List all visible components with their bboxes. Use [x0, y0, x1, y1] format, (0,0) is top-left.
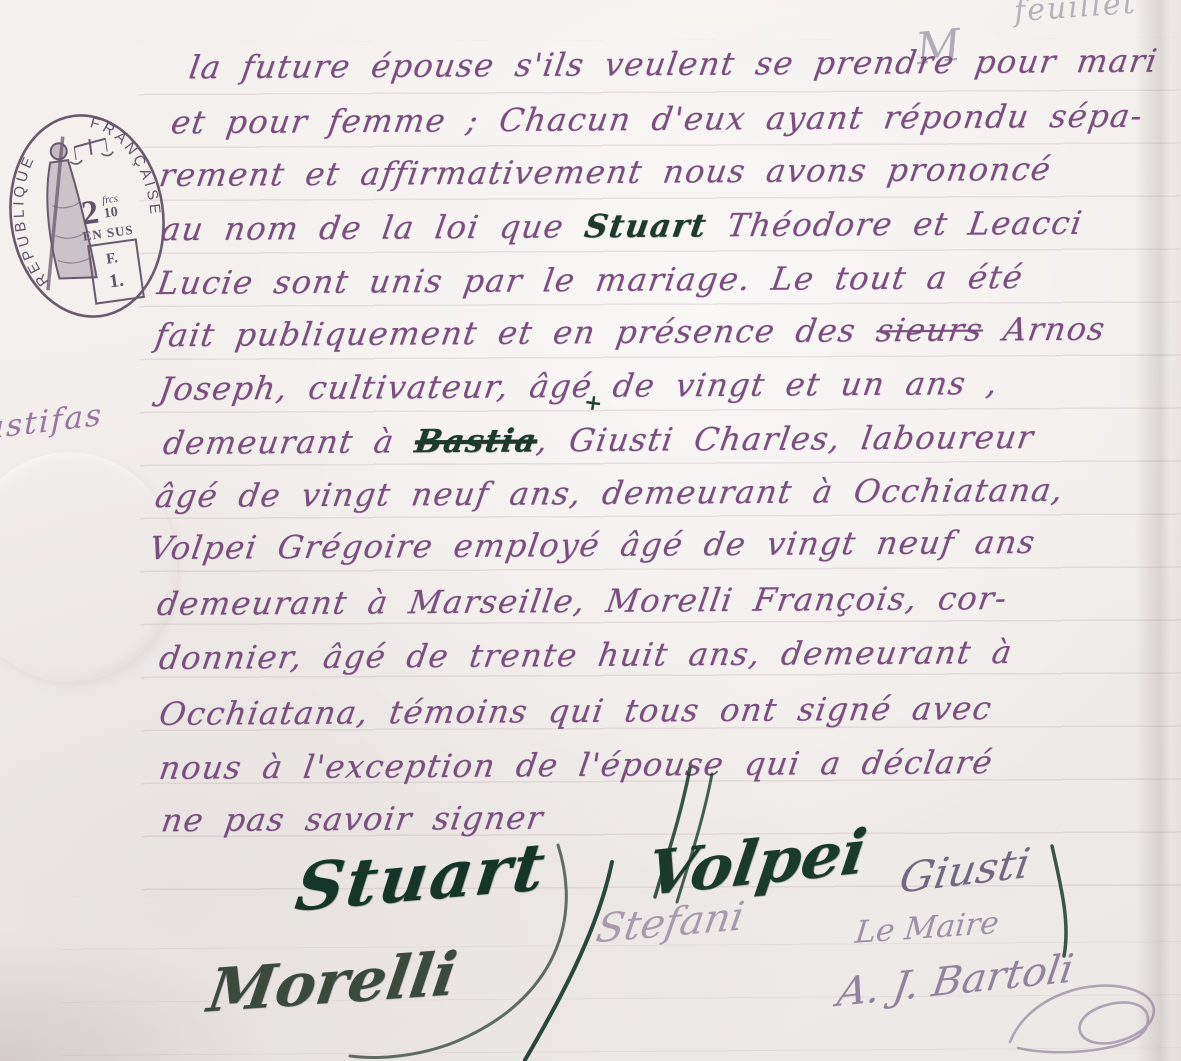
line-text: Occhiatana, témoins qui tous ont signé a…: [157, 689, 995, 733]
struck-place-name: Bastia: [412, 421, 540, 460]
manuscript-line-14: nous à l'exception de l'épouse qui a déc…: [157, 742, 996, 788]
line-text: Joseph, cultivateur, âgé de vingt et un …: [157, 364, 1002, 408]
manuscript-line-12: donnier, âgé de trente huit ans, demeura…: [157, 632, 1016, 678]
scales-of-justice-icon: [68, 136, 115, 165]
paper-crease: [1135, 0, 1181, 1061]
stamp-value-one: 1.: [108, 270, 125, 293]
line-text: Lucie sont unis par le mariage. Le tout …: [155, 258, 1026, 302]
manuscript-line-13: Occhiatana, témoins qui tous ont signé a…: [157, 688, 996, 734]
line-text: demeurant à: [161, 422, 418, 462]
manuscript-line-9: âgé de vingt neuf ans, demeurant à Occhi…: [152, 470, 1066, 516]
manuscript-line-10: Volpei Grégoire employé âgé de vingt neu…: [146, 522, 1038, 568]
manuscript-line-5: Lucie sont unis par le mariage. Le tout …: [155, 257, 1027, 303]
line-text: , Giusti Charles, laboureur: [534, 418, 1037, 459]
line-text: demeurant à Marseille, Morelli François,…: [155, 579, 1011, 623]
line-text: la future épouse s'ils veulent se prendr…: [187, 42, 1161, 87]
line-text: donnier, âgé de trente huit ans, demeura…: [157, 633, 1016, 677]
line-text: rement et affirmativement nous avons pro…: [157, 150, 1055, 194]
line-text: et pour femme ; Chacun d'eux ayant répon…: [169, 97, 1146, 142]
line-text: Arnos: [980, 310, 1108, 349]
line-text: nous à l'exception de l'épouse qui a déc…: [157, 743, 996, 787]
stamp-value-f: F.: [105, 250, 119, 267]
manuscript-line-3: rement et affirmativement nous avons pro…: [156, 149, 1054, 195]
manuscript-line-2: et pour femme ; Chacun d'eux ayant répon…: [168, 96, 1146, 143]
overwritten-name: Stuart: [582, 206, 710, 245]
manuscript-line-7: Joseph, cultivateur, âgé de vingt et un …: [157, 363, 1002, 409]
line-text: fait publiquement et en présence des: [153, 311, 880, 354]
manuscript-line-1: la future épouse s'ils veulent se prendr…: [186, 41, 1160, 88]
line-text: au nom de la loi que: [159, 207, 588, 248]
manuscript-line-8: demeurant à Bastia, Giusti Charles, labo…: [161, 417, 1038, 463]
republique-francaise-revenue-stamp: RÉPUBLIQUE FRANÇAISE: [4, 106, 170, 326]
line-text: Volpei Grégoire employé âgé de vingt neu…: [147, 523, 1039, 567]
margin-annotation: astifas: [0, 397, 104, 447]
stamp-value-sub: 10: [103, 205, 119, 222]
pencil-corner-annotation: feuillet: [1013, 0, 1138, 29]
line-text: Théodore et Leacci: [704, 204, 1086, 245]
line-text: âgé de vingt neuf ans, demeurant à Occhi…: [153, 471, 1067, 515]
manuscript-line-4: au nom de la loi que Stuart Théodore et …: [158, 203, 1085, 249]
marriage-register-page: RÉPUBLIQUE FRANÇAISE: [0, 0, 1181, 1061]
struck-word: sieurs: [874, 311, 986, 350]
manuscript-line-6: fait publiquement et en présence des sie…: [152, 309, 1108, 356]
manuscript-line-11: demeurant à Marseille, Morelli François,…: [155, 578, 1011, 624]
